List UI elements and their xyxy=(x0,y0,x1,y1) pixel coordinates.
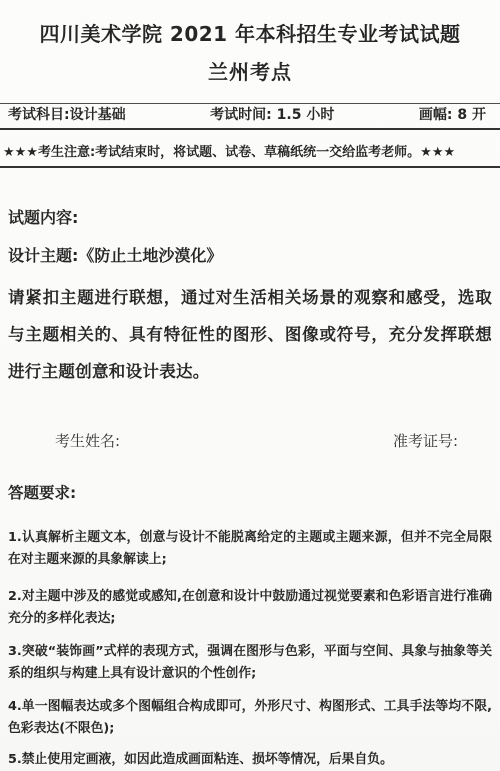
requirement-item-5: 5.禁止使用定画液，如因此造成画面粘连、损坏等情况，后果自负。 xyxy=(8,749,492,771)
candidate-name-label: 考生姓名: xyxy=(55,432,120,450)
exam-paper-page: 四川美术学院 2021 年本科招生专业考试试题 兰州考点 考试科目:设计基础 考… xyxy=(0,0,500,771)
answer-requirements-list: 1.认真解析主题文本，创意与设计不能脱离给定的主题或主题来源，但并不完全局限在对… xyxy=(0,527,500,771)
page-title: 四川美术学院 2021 年本科招生专业考试试题 xyxy=(0,0,500,46)
requirement-item-2: 2.对主题中涉及的感觉或感知,在创意和设计中鼓励通过视觉要素和色彩语言进行准确充… xyxy=(8,586,492,630)
exam-paper-size-label: 画幅: 8 开 xyxy=(419,106,486,125)
design-theme-title: 设计主题:《防止土地沙漠化》 xyxy=(0,246,500,266)
requirement-item-3: 3.突破“装饰画”式样的表现方式，强调在图形与色彩，平面与空间、具象与抽象等关系… xyxy=(8,641,492,685)
candidate-fields-row: 考生姓名: 准考证号: xyxy=(0,432,500,450)
exam-info-bar: 考试科目:设计基础 考试时间: 1.5 小时 画幅: 8 开 xyxy=(0,103,500,130)
exam-site-subtitle: 兰州考点 xyxy=(0,60,500,84)
content-section-heading: 试题内容: xyxy=(0,208,500,228)
exam-subject-label: 考试科目:设计基础 xyxy=(8,106,126,125)
exam-duration-label: 考试时间: 1.5 小时 xyxy=(210,106,334,125)
requirement-item-4: 4.单一图幅表达或多个图幅组合构成即可，外形尺寸、构图形式、工具手法等均不限,色… xyxy=(8,696,492,740)
answer-requirements-heading: 答题要求: xyxy=(0,484,500,503)
requirement-item-1: 1.认真解析主题文本，创意与设计不能脱离给定的主题或主题来源，但并不完全局限在对… xyxy=(8,527,492,571)
candidate-notice: ★★★考生注意:考试结束时，将试题、试卷、草稿纸统一交给监考老师。★★★ xyxy=(0,144,500,168)
admission-ticket-number-label: 准考证号: xyxy=(393,432,458,450)
design-brief-paragraph: 请紧扣主题进行联想，通过对生活相关场景的观察和感受，选取与主题相关的、具有特征性… xyxy=(0,279,500,390)
